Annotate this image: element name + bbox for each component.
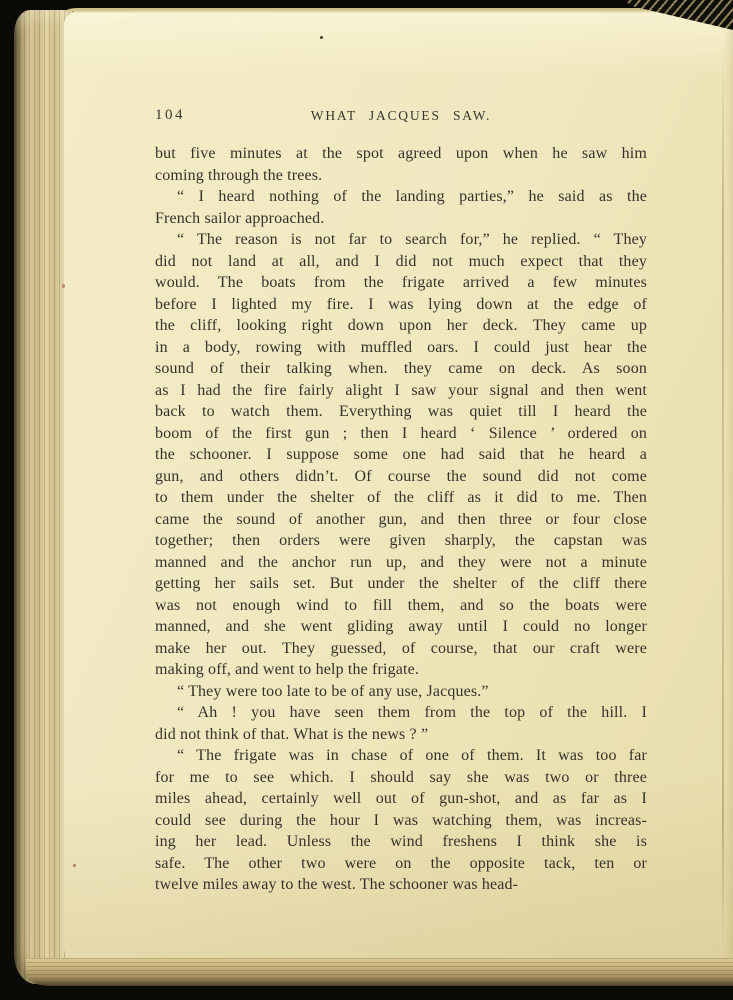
text-line: but five minutes at the spot agreed upon… xyxy=(155,143,647,165)
page-right-fold-line xyxy=(722,48,724,952)
text-line: as I had the fire fairly alight I saw yo… xyxy=(155,380,647,402)
text-line: making off, and went to help the frigate… xyxy=(155,659,647,681)
text-line: make her out. They guessed, of course, t… xyxy=(155,638,647,660)
text-line: was not enough wind to fill them, and so… xyxy=(155,595,647,617)
paragraph: but five minutes at the spot agreed upon… xyxy=(155,143,647,186)
paragraph: “ They were too late to be of any use, J… xyxy=(155,681,647,703)
page-content: 104 WHAT JACQUES SAW. but five minutes a… xyxy=(155,104,647,896)
paragraph: “ I heard nothing of the landing parties… xyxy=(155,186,647,229)
scanned-book-photo: { "page": { "page_number": "104", "runni… xyxy=(0,0,733,1000)
page-top-edge xyxy=(64,8,733,13)
text-line: before I lighted my fire. I was lying do… xyxy=(155,294,647,316)
text-line: getting her sails set. But under the she… xyxy=(155,573,647,595)
paragraph: “ The frigate was in chase of one of the… xyxy=(155,745,647,896)
text-line: “ I heard nothing of the landing parties… xyxy=(155,186,647,208)
text-line: to them under the shelter of the cliff a… xyxy=(155,487,647,509)
text-line: twelve miles away to the west. The schoo… xyxy=(155,874,647,896)
text-line: “ Ah ! you have seen them from the top o… xyxy=(155,702,647,724)
text-line: did not think of that. What is the news … xyxy=(155,724,647,746)
paper-speck xyxy=(320,36,323,39)
text-line: would. The boats from the frigate arrive… xyxy=(155,272,647,294)
text-line: “ The frigate was in chase of one of the… xyxy=(155,745,647,767)
text-line: back to watch them. Everything was quiet… xyxy=(155,401,647,423)
text-line: “ They were too late to be of any use, J… xyxy=(155,681,647,703)
text-line: sound of their talking when. they came o… xyxy=(155,358,647,380)
text-line: together; then orders were given sharply… xyxy=(155,530,647,552)
paper-speck xyxy=(62,284,65,288)
text-line: in a body, rowing with muffled oars. I c… xyxy=(155,337,647,359)
paragraph: “ The reason is not far to search for,” … xyxy=(155,229,647,681)
book-page-edges-bottom xyxy=(26,958,733,986)
page-right-shade xyxy=(724,8,733,962)
text-line: safe. The other two were on the opposite… xyxy=(155,853,647,875)
text-line: boom of the first gun ; then I heard ‘ S… xyxy=(155,423,647,445)
text-line: French sailor approached. xyxy=(155,208,647,230)
text-line: ing her lead. Unless the wind freshens I… xyxy=(155,831,647,853)
text-line: for me to see which. I should say she wa… xyxy=(155,767,647,789)
paper-speck xyxy=(73,864,76,867)
text-line: manned, and she went gliding away until … xyxy=(155,616,647,638)
text-line: gun, and others didn’t. Of course the so… xyxy=(155,466,647,488)
text-line: could see during the hour I was watching… xyxy=(155,810,647,832)
paragraph: “ Ah ! you have seen them from the top o… xyxy=(155,702,647,745)
text-line: the cliff, looking right down upon her d… xyxy=(155,315,647,337)
text-line: did not land at all, and I did not much … xyxy=(155,251,647,273)
text-line: the schooner. I suppose some one had sai… xyxy=(155,444,647,466)
book-page: 104 WHAT JACQUES SAW. but five minutes a… xyxy=(64,8,733,962)
text-column: but five minutes at the spot agreed upon… xyxy=(155,143,647,896)
text-line: coming through the trees. xyxy=(155,165,647,187)
page-header: 104 WHAT JACQUES SAW. xyxy=(155,104,647,126)
text-line: “ The reason is not far to search for,” … xyxy=(155,229,647,251)
running-title: WHAT JACQUES SAW. xyxy=(155,108,647,124)
text-line: came the sound of another gun, and then … xyxy=(155,509,647,531)
text-line: miles ahead, certainly well out of gun-s… xyxy=(155,788,647,810)
text-line: manned and the anchor run up, and they w… xyxy=(155,552,647,574)
